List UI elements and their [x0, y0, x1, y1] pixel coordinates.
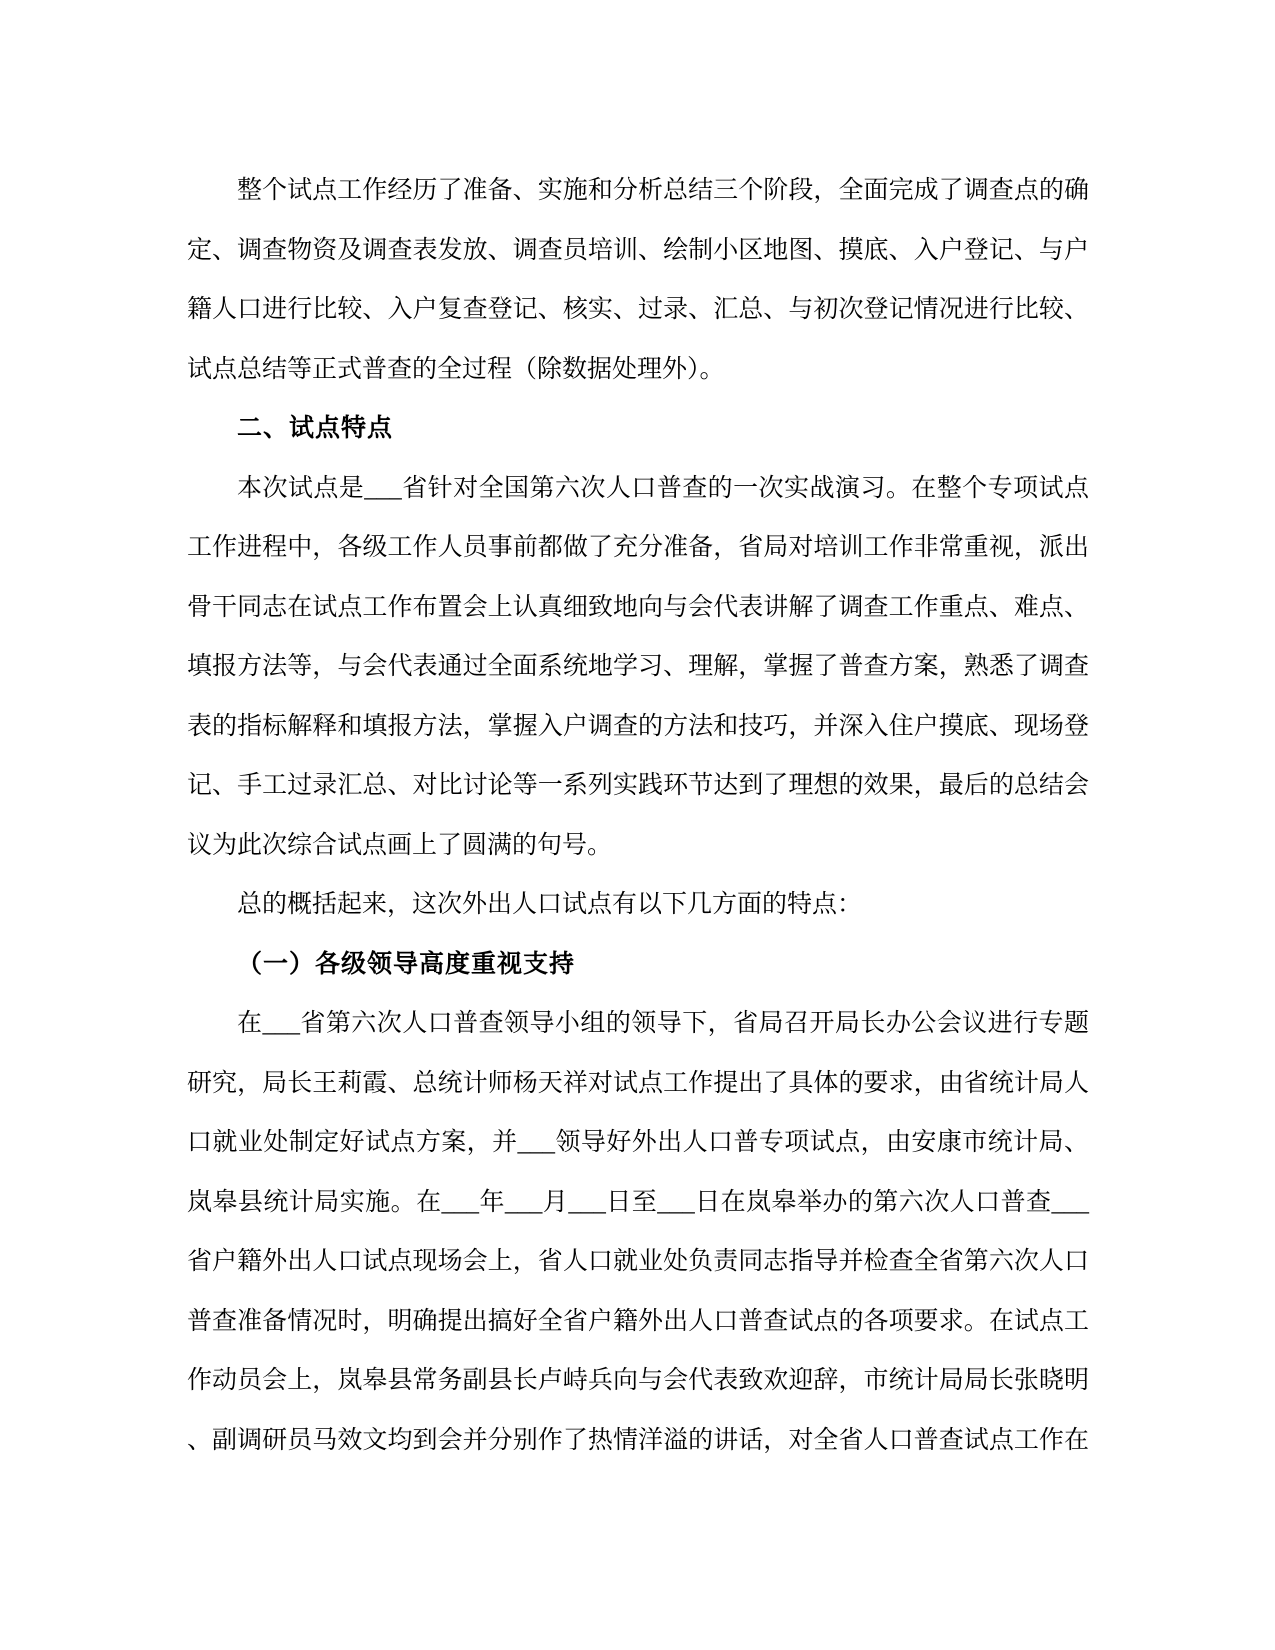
body-text-line: 试点总结等正式普查的全过程（除数据处理外）。	[187, 340, 1089, 400]
body-text-line: 作动员会上，岚皋县常务副县长卢峙兵向与会代表致欢迎辞，市统计局局长张晓明	[187, 1351, 1089, 1411]
body-text-line: 骨干同志在试点工作布置会上认真细致地向与会代表讲解了调查工作重点、难点、	[187, 578, 1089, 638]
section-heading-line: 二、试点特点	[187, 399, 1089, 459]
body-text-line: 表的指标解释和填报方法，掌握入户调查的方法和技巧，并深入住户摸底、现场登	[187, 697, 1089, 757]
body-text-line: 研究，局长王莉霞、总统计师杨天祥对试点工作提出了具体的要求，由省统计局人	[187, 1054, 1089, 1114]
body-text-line: 整个试点工作经历了准备、实施和分析总结三个阶段，全面完成了调查点的确	[187, 161, 1089, 221]
body-text-line: 籍人口进行比较、入户复查登记、核实、过录、汇总、与初次登记情况进行比较、	[187, 280, 1089, 340]
body-text-line: 省户籍外出人口试点现场会上，省人口就业处负责同志指导并检查全省第六次人口	[187, 1232, 1089, 1292]
body-text-line: 、副调研员马效文均到会并分别作了热情洋溢的讲话，对全省人口普查试点工作在	[187, 1411, 1089, 1471]
body-text-line: 口就业处制定好试点方案，并___领导好外出人口普专项试点，由安康市统计局、	[187, 1113, 1089, 1173]
body-text-line: 本次试点是___省针对全国第六次人口普查的一次实战演习。在整个专项试点	[187, 459, 1089, 519]
body-text-line: 在___省第六次人口普查领导小组的领导下，省局召开局长办公会议进行专题	[187, 994, 1089, 1054]
body-text-line: 填报方法等，与会代表通过全面系统地学习、理解，掌握了普查方案，熟悉了调查	[187, 637, 1089, 697]
body-text-line: 岚皋县统计局实施。在___年___月___日至___日在岚皋举办的第六次人口普查…	[187, 1173, 1089, 1233]
body-text-line: 工作进程中，各级工作人员事前都做了充分准备，省局对培训工作非常重视，派出	[187, 518, 1089, 578]
body-text-line: 普查准备情况时，明确提出搞好全省户籍外出人口普查试点的各项要求。在试点工	[187, 1292, 1089, 1352]
section-heading-line: （一）各级领导高度重视支持	[187, 935, 1089, 995]
body-text-line: 记、手工过录汇总、对比讨论等一系列实践环节达到了理想的效果，最后的总结会	[187, 756, 1089, 816]
document-content: 整个试点工作经历了准备、实施和分析总结三个阶段，全面完成了调查点的确定、调查物资…	[187, 161, 1089, 1470]
body-text-line: 总的概括起来，这次外出人口试点有以下几方面的特点：	[187, 875, 1089, 935]
document-page: 整个试点工作经历了准备、实施和分析总结三个阶段，全面完成了调查点的确定、调查物资…	[0, 0, 1275, 1650]
body-text-line: 议为此次综合试点画上了圆满的句号。	[187, 816, 1089, 876]
body-text-line: 定、调查物资及调查表发放、调查员培训、绘制小区地图、摸底、入户登记、与户	[187, 221, 1089, 281]
